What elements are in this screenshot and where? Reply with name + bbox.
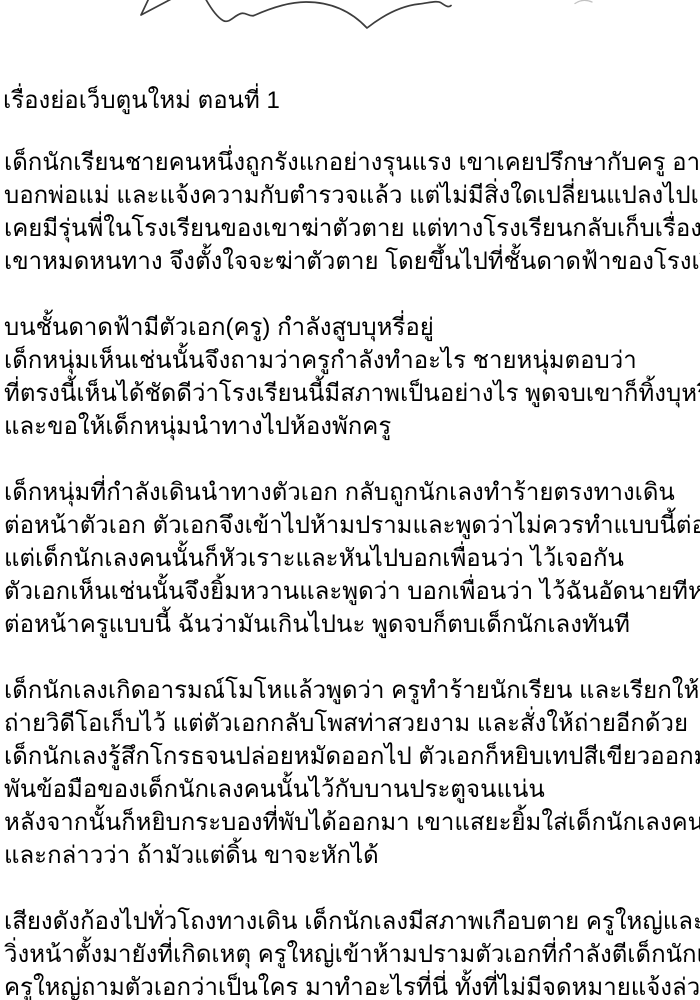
text-line: ครูใหญ่ถามตัวเอกว่าเป็นใคร มาทำอะไรที่นี…	[4, 971, 696, 1000]
paragraph-4: เด็กนักเลงเกิดอารมณ์โมโหแล้วพูดว่า ครูทำ…	[4, 674, 696, 872]
text-line: วิ่งหน้าตั้งมายังที่เกิดเหตุ ครูใหญ่เข้า…	[4, 938, 696, 971]
text-line: เด็กนักเลงเกิดอารมณ์โมโหแล้วพูดว่า ครูทำ…	[4, 674, 696, 707]
text-line: หลังจากนั้นก็หยิบกระบองที่พับได้ออกมา เข…	[4, 806, 696, 839]
text-line: เคยมีรุ่นพี่ในโรงเรียนของเขาฆ่าตัวตาย แต…	[4, 212, 696, 245]
text-line: บนชั้นดาดฟ้ามีตัวเอก(ครู) กำลังสูบบุหรี่…	[4, 311, 696, 344]
text-line: บอกพ่อแม่ และแจ้งความกับตำรวจแล้ว แต่ไม่…	[4, 179, 696, 212]
text-line: ถ่ายวิดีโอเก็บไว้ แต่ตัวเอกกลับโพสท่าสวย…	[4, 707, 696, 740]
text-line: เด็กหนุ่มที่กำลังเดินนำทางตัวเอก กลับถูก…	[4, 476, 696, 509]
sketch-tail-stroke	[141, 0, 177, 15]
hand-drawn-bubble-sketch	[0, 0, 700, 44]
text-line: พันข้อมือของเด็กนักเลงคนนั้นไว้กับบานประ…	[4, 773, 696, 806]
text-line: ต่อหน้าครูแบบนี้ ฉันว่ามันเกินไปนะ พูดจบ…	[4, 608, 696, 641]
paragraph-2: บนชั้นดาดฟ้ามีตัวเอก(ครู) กำลังสูบบุหรี่…	[4, 311, 696, 443]
text-line: เขาหมดหนทาง จึงตั้งใจจะฆ่าตัวตาย โดยขึ้น…	[4, 245, 696, 278]
text-line: และกล่าวว่า ถ้ามัวแต่ดิ้น ขาจะหักได้	[4, 839, 696, 872]
text-line: เสียงดังก้องไปทั่วโถงทางเดิน เด็กนักเลงม…	[4, 905, 696, 938]
text-line: ตัวเอกเห็นเช่นนั้นจึงยิ้มหวานและพูดว่า บ…	[4, 575, 696, 608]
paragraph-3: เด็กหนุ่มที่กำลังเดินนำทางตัวเอก กลับถูก…	[4, 476, 696, 641]
document-page: เรื่องย่อเว็บตูนใหม่ ตอนที่ 1 เด็กนักเรี…	[0, 0, 700, 1000]
text-line: และขอให้เด็กหนุ่มนำทางไปห้องพักครู	[4, 410, 696, 443]
paragraph-1: เด็กนักเรียนชายคนหนึ่งถูกรังแกอย่างรุนแร…	[4, 146, 696, 278]
sketch-faint-mark	[575, 0, 592, 3]
paragraph-5: เสียงดังก้องไปทั่วโถงทางเดิน เด็กนักเลงม…	[4, 905, 696, 1000]
text-line: เด็กนักเลงรู้สึกโกรธจนปล่อยหมัดออกไป ตัว…	[4, 740, 696, 773]
text-line: เด็กหนุ่มเห็นเช่นนั้นจึงถามว่าครูกำลังทำ…	[4, 344, 696, 377]
text-line: ต่อหน้าตัวเอก ตัวเอกจึงเข้าไปห้ามปรามและ…	[4, 509, 696, 542]
page-title: เรื่องย่อเว็บตูนใหม่ ตอนที่ 1	[3, 84, 280, 117]
text-line: ที่ตรงนี้เห็นได้ชัดดีว่าโรงเรียนนี้มีสภา…	[4, 377, 696, 410]
sketch-bubble-edge-stroke	[204, 0, 451, 28]
text-line: แต่เด็กนักเลงคนนั้นก็หัวเราะและหันไปบอกเ…	[4, 542, 696, 575]
text-line: เด็กนักเรียนชายคนหนึ่งถูกรังแกอย่างรุนแร…	[4, 146, 696, 179]
